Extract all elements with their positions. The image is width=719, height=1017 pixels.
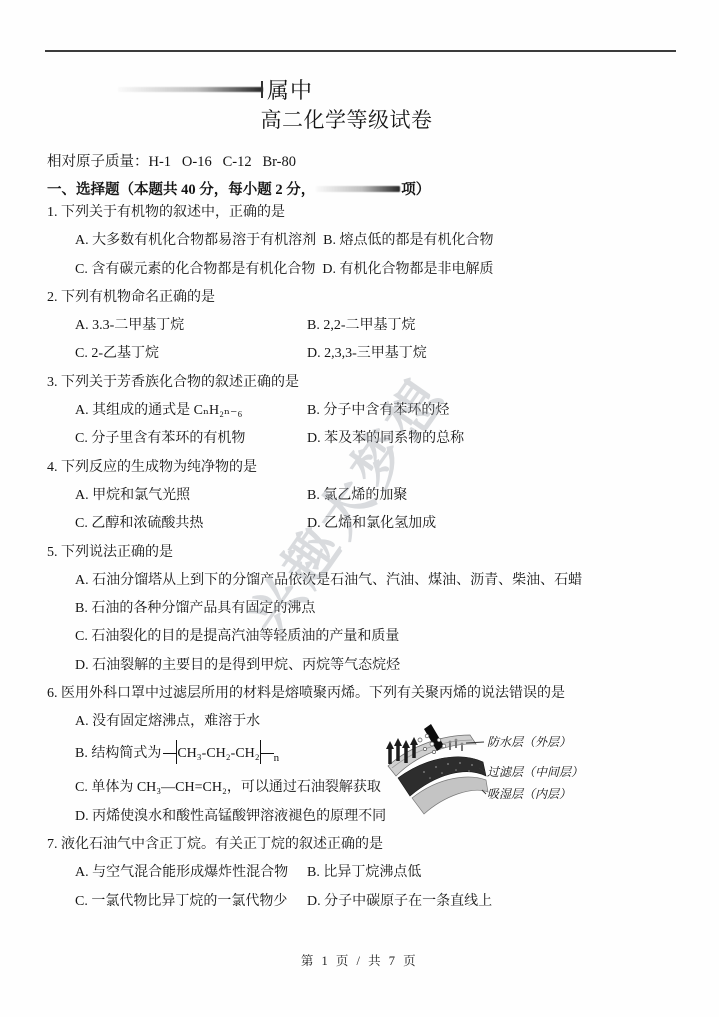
question-6-stem: 6. 医用外科口罩中过滤层所用的材料是熔喷聚丙烯。下列有关聚丙烯的说法错误的是 bbox=[47, 680, 687, 708]
section-header-prefix: 一、选择题（本题共 40 分，每小题 2 分， bbox=[47, 182, 315, 198]
question-3-options-row-2: C. 分子里含有苯环的有机物 D. 苯及苯的同系物的总称 bbox=[47, 425, 687, 453]
polymer-repeat-unit: CH₃-CH₂-CH₂ bbox=[177, 746, 259, 761]
option-5d: D. 石油裂解的主要目的是得到甲烷、丙烷等气态烷烃 bbox=[47, 652, 687, 680]
polymer-bracket-right-icon bbox=[260, 740, 274, 764]
redaction-smudge bbox=[316, 186, 400, 192]
option-1d: D. 有机化合物都是非电解质 bbox=[322, 256, 493, 284]
option-4d: D. 乙烯和氯化氢加成 bbox=[307, 510, 436, 538]
option-4a: A. 甲烷和氯气光照 bbox=[75, 482, 307, 510]
figure-label-outer: 防水层（外层） bbox=[487, 735, 571, 749]
option-3a: A. 其组成的通式是 CₙH₂ₙ₋₆ bbox=[75, 397, 307, 425]
figure-label-middle: 过滤层（中间层） bbox=[487, 765, 583, 779]
polymer-bracket-left-icon bbox=[163, 740, 177, 764]
question-4-options-row-2: C. 乙醇和浓硫酸共热 D. 乙烯和氯化氢加成 bbox=[47, 510, 687, 538]
question-1-stem: 1. 下列关于有机物的叙述中，正确的是 bbox=[47, 199, 687, 227]
option-6b-prefix: B. 结构简式为 bbox=[75, 746, 161, 761]
figure-label-inner: 吸湿层（内层） bbox=[487, 787, 571, 801]
exam-page: 属中 高二化学等级试卷 相对原子质量：H-1 O-16 C-12 Br-80 一… bbox=[0, 0, 719, 1017]
atomic-mass-line: 相对原子质量：H-1 O-16 C-12 Br-80 bbox=[47, 150, 296, 171]
option-5a: A. 石油分馏塔从上到下的分馏产品依次是石油气、汽油、煤油、沥青、柴油、石蜡 bbox=[47, 567, 687, 595]
option-2a: A. 3.3-二甲基丁烷 bbox=[75, 312, 307, 340]
school-name-text: 属中 bbox=[267, 74, 313, 105]
question-3-stem: 3. 下列关于芳香族化合物的叙述正确的是 bbox=[47, 369, 687, 397]
question-7-stem: 7. 液化石油气中含正丁烷。有关正丁烷的叙述正确的是 bbox=[47, 831, 687, 859]
page-title: 高二化学等级试卷 bbox=[0, 104, 706, 134]
page-indicator: 第 1 页 / 共 7 页 bbox=[0, 951, 719, 969]
question-1-options-row-1: A. 大多数有机化合物都易溶于有机溶剂 B. 熔点低的都是有机化合物 bbox=[47, 227, 687, 255]
option-7d: D. 分子中碳原子在一条直线上 bbox=[307, 888, 492, 916]
question-4-options-row-1: A. 甲烷和氯气光照 B. 氯乙烯的加聚 bbox=[47, 482, 687, 510]
option-7c: C. 一氯代物比异丁烷的一氯代物少 bbox=[75, 888, 307, 916]
option-1a: A. 大多数有机化合物都易溶于有机溶剂 bbox=[75, 227, 316, 255]
option-5c: C. 石油裂化的目的是提高汽油等轻质油的产量和质量 bbox=[47, 623, 687, 651]
option-4b: B. 氯乙烯的加聚 bbox=[307, 482, 407, 510]
question-7-options-row-2: C. 一氯代物比异丁烷的一氯代物少 D. 分子中碳原子在一条直线上 bbox=[47, 888, 687, 916]
option-3d: D. 苯及苯的同系物的总称 bbox=[307, 425, 464, 453]
question-3-options-row-1: A. 其组成的通式是 CₙH₂ₙ₋₆ B. 分子中含有苯环的烃 bbox=[47, 397, 687, 425]
section-header-suffix: 项） bbox=[401, 182, 430, 198]
option-2b: B. 2,2-二甲基丁烷 bbox=[307, 312, 416, 340]
mask-layers-figure: 防水层（外层） 过滤层（中间层） 吸湿层（内层） bbox=[380, 720, 680, 828]
section-header: 一、选择题（本题共 40 分，每小题 2 分，项） bbox=[47, 178, 430, 199]
option-4c: C. 乙醇和浓硫酸共热 bbox=[75, 510, 307, 538]
option-3c: C. 分子里含有苯环的有机物 bbox=[75, 425, 307, 453]
mask-layers-illustration: 防水层（外层） 过滤层（中间层） 吸湿层（内层） bbox=[380, 720, 680, 828]
redaction-smudge bbox=[118, 87, 263, 92]
option-3b: B. 分子中含有苯环的烃 bbox=[307, 397, 449, 425]
question-7-options-row-1: A. 与空气混合能形成爆炸性混合物 B. 比异丁烷沸点低 bbox=[47, 859, 687, 887]
redacted-partial-glyph bbox=[261, 81, 263, 98]
question-2-stem: 2. 下列有机物命名正确的是 bbox=[47, 284, 687, 312]
option-2d: D. 2,3,3-三甲基丁烷 bbox=[307, 340, 427, 368]
option-5b: B. 石油的各种分馏产品具有固定的沸点 bbox=[47, 595, 687, 623]
question-2-options-row-2: C. 2-乙基丁烷 D. 2,3,3-三甲基丁烷 bbox=[47, 340, 687, 368]
question-2-options-row-1: A. 3.3-二甲基丁烷 B. 2,2-二甲基丁烷 bbox=[47, 312, 687, 340]
polymer-subscript-n: n bbox=[274, 751, 280, 763]
question-1-options-row-2: C. 含有碳元素的化合物都是有机化合物 D. 有机化合物都是非电解质 bbox=[47, 256, 687, 284]
header-divider bbox=[45, 50, 676, 52]
question-5-stem: 5. 下列说法正确的是 bbox=[47, 539, 687, 567]
option-1c: C. 含有碳元素的化合物都是有机化合物 bbox=[75, 256, 315, 284]
question-4-stem: 4. 下列反应的生成物为纯净物的是 bbox=[47, 454, 687, 482]
option-7a: A. 与空气混合能形成爆炸性混合物 bbox=[75, 859, 307, 887]
option-7b: B. 比异丁烷沸点低 bbox=[307, 859, 421, 887]
option-2c: C. 2-乙基丁烷 bbox=[75, 340, 307, 368]
option-1b: B. 熔点低的都是有机化合物 bbox=[323, 227, 493, 255]
